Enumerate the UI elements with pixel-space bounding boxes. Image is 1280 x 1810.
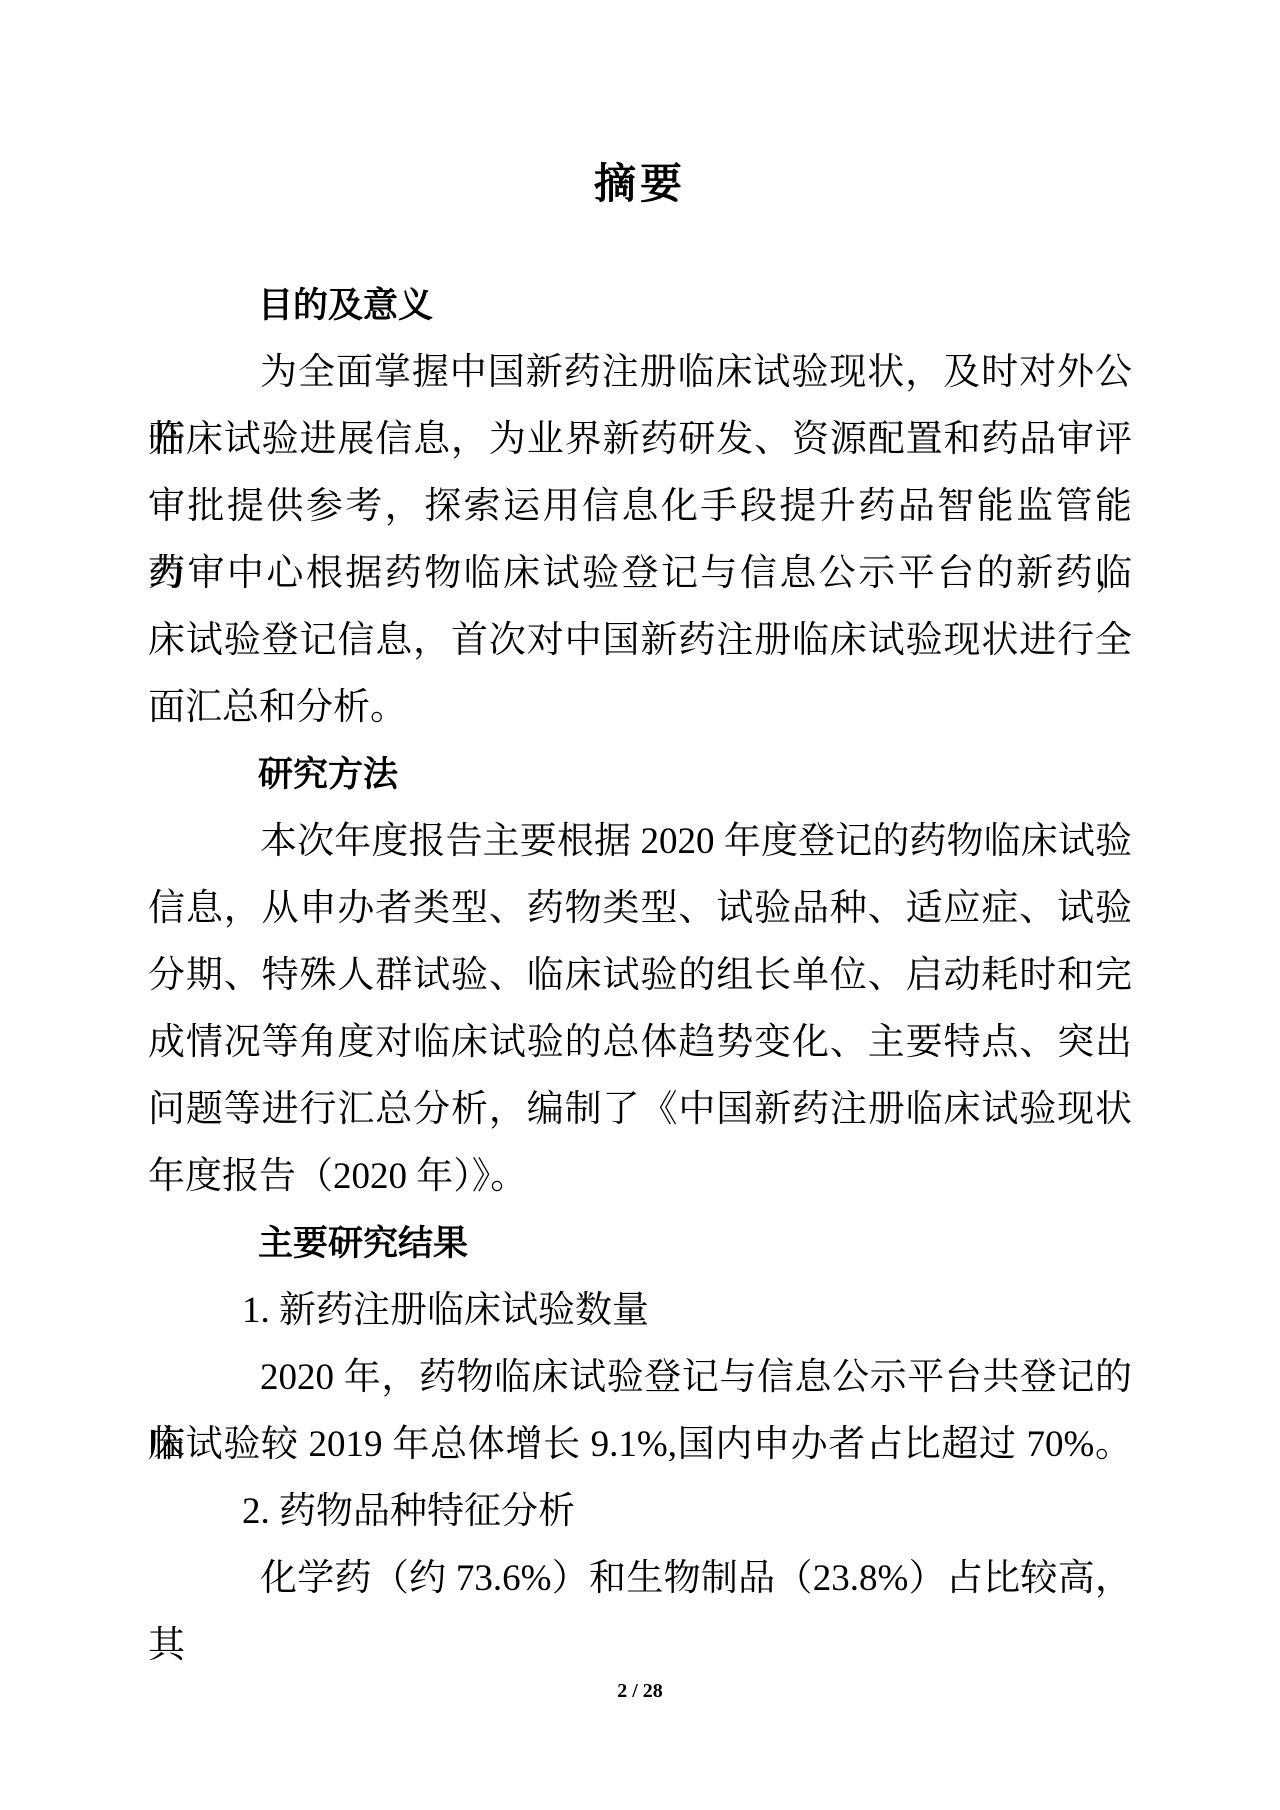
numbered-item-1: 1. 新药注册临床试验数量 (148, 1277, 1132, 1344)
paragraph-line: 为全面掌握中国新药注册临床试验现状，及时对外公开 (148, 339, 1132, 406)
paragraph-line: 临床试验进展信息，为业界新药研发、资源配置和药品审评 (148, 406, 1132, 473)
paragraph-line: 成情况等角度对临床试验的总体趋势变化、主要特点、突出 (148, 1009, 1132, 1076)
paragraph-line: 化学药（约 73.6%）和生物制品（23.8%）占比较高，其 (148, 1545, 1132, 1612)
paragraph-line: 分期、特殊人群试验、临床试验的组长单位、启动耗时和完 (148, 942, 1132, 1009)
paragraph-line: 床试验登记信息，首次对中国新药注册临床试验现状进行全 (148, 607, 1132, 674)
paragraph-line: 本次年度报告主要根据 2020 年度登记的药物临床试验 (148, 808, 1132, 875)
paragraph-line: 审批提供参考，探索运用信息化手段提升药品智能监管能力， (148, 473, 1132, 540)
paragraph-line: 2020 年，药物临床试验登记与信息公示平台共登记的临 (148, 1344, 1132, 1411)
paragraph-line: 年度报告（2020 年）》。 (148, 1143, 1132, 1210)
document-page: 摘要 目的及意义 为全面掌握中国新药注册临床试验现状，及时对外公开 临床试验进展… (0, 0, 1280, 1810)
section-heading-methods: 研究方法 (148, 741, 1132, 808)
numbered-item-2: 2. 药物品种特征分析 (148, 1478, 1132, 1545)
section-heading-purpose: 目的及意义 (148, 272, 1132, 339)
document-content: 摘要 目的及意义 为全面掌握中国新药注册临床试验现状，及时对外公开 临床试验进展… (148, 0, 1132, 1612)
document-title: 摘要 (148, 150, 1132, 220)
paragraph-line: 面汇总和分析。 (148, 674, 1132, 741)
paragraph-line: 问题等进行汇总分析，编制了《中国新药注册临床试验现状 (148, 1076, 1132, 1143)
paragraph-line: 信息，从申办者类型、药物类型、试验品种、适应症、试验 (148, 875, 1132, 942)
paragraph-line: 药审中心根据药物临床试验登记与信息公示平台的新药临 (148, 540, 1132, 607)
paragraph-line: 床试验较 2019 年总体增长 9.1%,国内申办者占比超过 70%。 (148, 1411, 1132, 1478)
section-heading-results: 主要研究结果 (148, 1210, 1132, 1277)
page-number: 2 / 28 (0, 1676, 1280, 1706)
